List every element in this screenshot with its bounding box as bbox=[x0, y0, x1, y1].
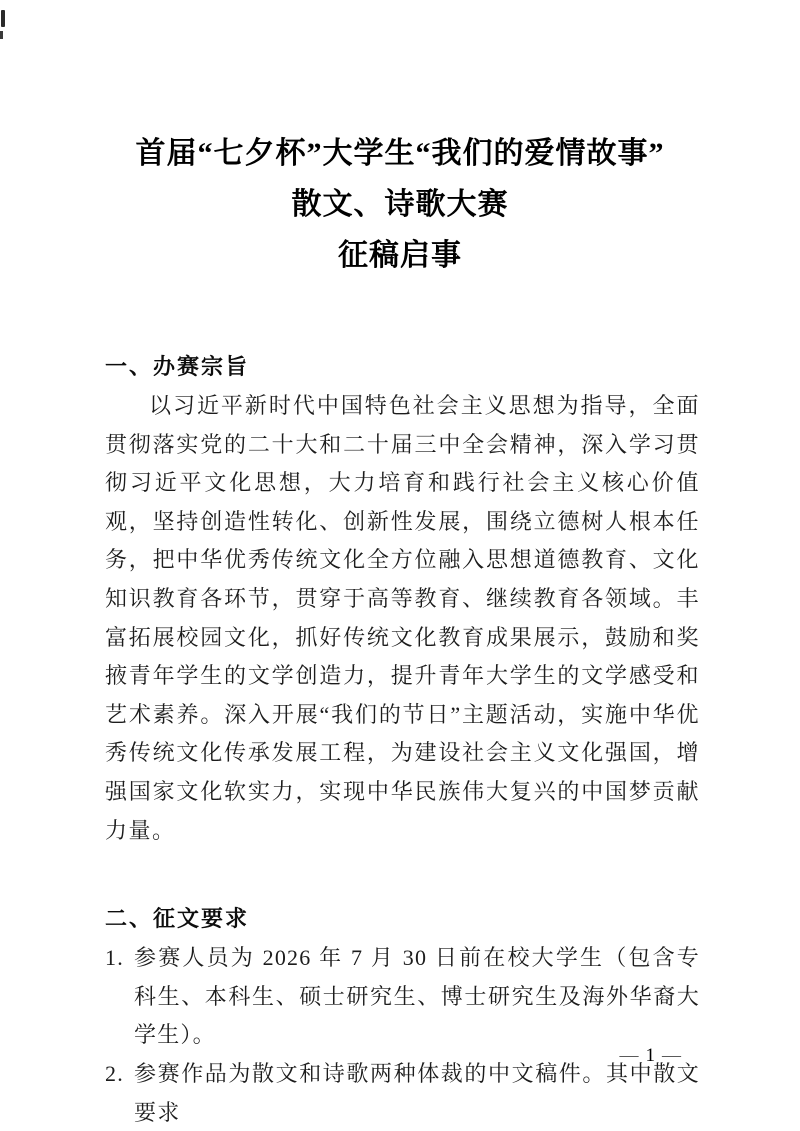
document-title-line-1: 首届“七夕杯”大学生“我们的爱情故事” bbox=[0, 128, 800, 179]
document-title-line-2: 散文、诗歌大赛 bbox=[0, 179, 800, 230]
section-purpose-heading: 一、办赛宗旨 bbox=[105, 352, 700, 382]
requirement-item-2-text: 参赛作品为散文和诗歌两种体裁的中文稿件。其中散文要求 bbox=[134, 1061, 700, 1125]
scan-artifact bbox=[1, 10, 5, 27]
section-purpose-paragraph: 以习近平新时代中国特色社会主义思想为指导，全面贯彻落实党的二十大和二十届三中全会… bbox=[105, 387, 700, 850]
scan-artifact bbox=[0, 31, 3, 39]
requirement-item-1-text: 参赛人员为 2026 年 7 月 30 日前在校大学生（包含专科生、本科生、硕士… bbox=[134, 945, 700, 1047]
page-number-dash-right: — bbox=[655, 1045, 688, 1066]
document-body: 一、办赛宗旨 以习近平新时代中国特色社会主义思想为指导，全面贯彻落实党的二十大和… bbox=[105, 352, 700, 1131]
document-title-line-3: 征稿启事 bbox=[0, 230, 800, 281]
requirements-list: 1. 参赛人员为 2026 年 7 月 30 日前在校大学生（包含专科生、本科生… bbox=[105, 939, 700, 1131]
page-number-dash-left: — bbox=[613, 1045, 646, 1066]
document-page: 首届“七夕杯”大学生“我们的爱情故事” 散文、诗歌大赛 征稿启事 一、办赛宗旨 … bbox=[0, 0, 800, 1131]
requirement-item-1: 1. 参赛人员为 2026 年 7 月 30 日前在校大学生（包含专科生、本科生… bbox=[105, 939, 700, 1055]
requirement-item-2: 2. 参赛作品为散文和诗歌两种体裁的中文稿件。其中散文要求 bbox=[105, 1055, 700, 1131]
section-requirements-heading: 二、征文要求 bbox=[105, 904, 700, 934]
page-number: —1— bbox=[613, 1044, 689, 1068]
page-number-value: 1 bbox=[646, 1045, 656, 1066]
requirement-item-1-number: 1. bbox=[105, 939, 124, 978]
requirement-item-2-number: 2. bbox=[105, 1055, 124, 1094]
document-title: 首届“七夕杯”大学生“我们的爱情故事” 散文、诗歌大赛 征稿启事 bbox=[0, 0, 800, 281]
